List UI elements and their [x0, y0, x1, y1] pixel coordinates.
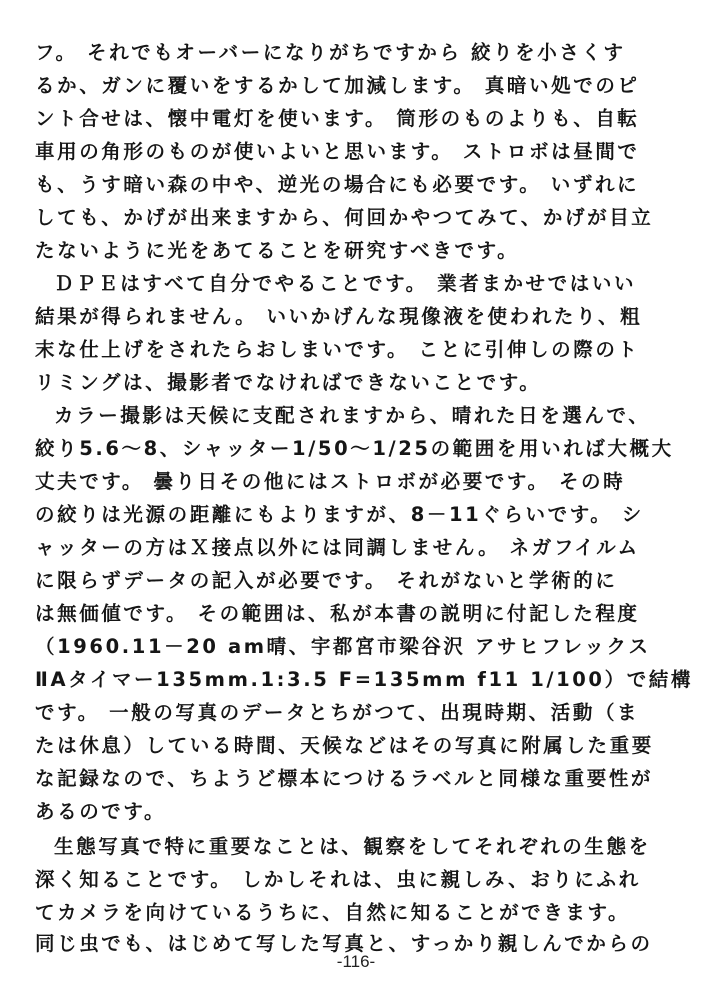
text-line: 深く知ることです。 しかしそれは、虫に親しみ、おりにふれ [35, 863, 647, 896]
paragraph-start-line: ＤＰＥはすべて自分でやることです。 業者まかせではいい [35, 267, 666, 300]
text-line: 車用の角形のものが使いよいと思います。 ストロボは昼間で [35, 135, 647, 168]
text-line: 末な仕上げをされたらおしまいです。 ことに引伸しの際のト [35, 333, 647, 366]
text-line: フ。 それでもオーバーになりがちですから 絞りを小さくす [35, 36, 647, 69]
text-line: ャッターの方はＸ接点以外には同調しません。 ネガフイルム [35, 531, 647, 564]
text-line: てカメラを向けているうちに、自然に知ることができます。 [35, 896, 647, 929]
text-line: あるのです。 [35, 795, 647, 828]
text-line: るか、ガンに覆いをするかして加減します。 真暗い処でのピ [35, 69, 647, 102]
text-line: です。 一般の写真のデータとちがつて、出現時期、活動（ま [35, 696, 647, 729]
text-line: たないように光をあてることを研究すべきです。 [35, 234, 647, 267]
text-line: な記録なので、ちようど標本につけるラベルと同様な重要性が [35, 762, 647, 795]
text-line: の絞りは光源の距離にもよりますが、8－11ぐらいです。 シ [35, 498, 647, 531]
text-line: ⅡAタイマー135mm.1:3.5 F=135mm f11 1/100）で結構 [35, 663, 647, 696]
text-line: リミングは、撮影者でなければできないことです。 [35, 366, 647, 399]
text-line: 丈夫です。 曇り日その他にはストロボが必要です。 その時 [35, 465, 647, 498]
page-number: -116- [0, 952, 712, 972]
text-line: 絞り5.6～8、シャッター1/50～1/25の範囲を用いれば大概大 [35, 432, 647, 465]
text-line: に限らずデータの記入が必要です。 それがないと学術的に [35, 564, 647, 597]
text-line: は無価値です。 その範囲は、私が本書の説明に付記した程度 [35, 597, 647, 630]
paragraph-start-line: カラー撮影は天候に支配されますから、晴れた日を選んで、 [35, 399, 666, 432]
text-line: しても、かげが出来ますから、何回かやつてみて、かげが目立 [35, 201, 647, 234]
text-line: 結果が得られません。 いいかげんな現像液を使われたり、粗 [35, 300, 647, 333]
document-page: フ。 それでもオーバーになりがちですから 絞りを小さくす るか、ガンに覆いをする… [0, 0, 712, 1007]
paragraph-start-line: 生態写真で特に重要なことは、観察をしてそれぞれの生態を [35, 830, 666, 863]
text-line: も、うす暗い森の中や、逆光の場合にも必要です。 いずれに [35, 168, 647, 201]
text-line: （1960.11－20 am晴、宇都宮市梁谷沢 アサヒフレックス [35, 630, 647, 663]
text-line: たは休息）している時間、天候などはその写真に附属した重要 [35, 729, 647, 762]
text-line: ント合せは、懐中電灯を使います。 筒形のものよりも、自転 [35, 102, 647, 135]
